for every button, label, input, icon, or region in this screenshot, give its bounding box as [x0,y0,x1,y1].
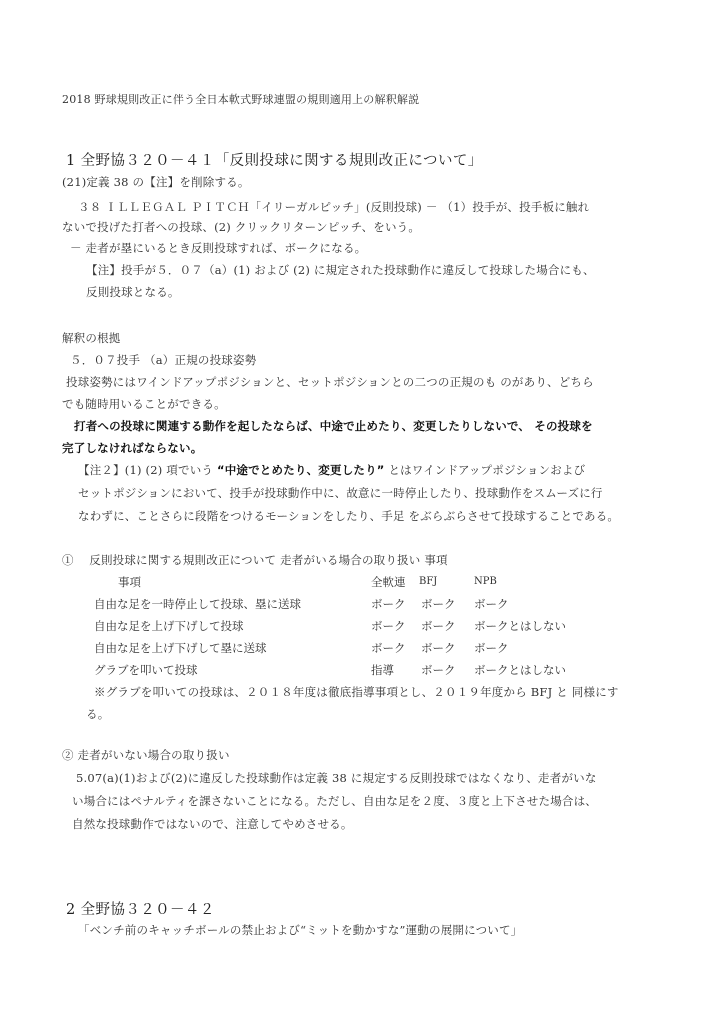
table-row-3-item: 自由な足を上げ下げして塁に送球 [94,640,267,656]
table-row-1-item: 自由な足を一時停止して投球、塁に送球 [94,596,301,612]
definition-38-line-1: ３８ ＩＬＬＥＧＡＬ ＰＩＴＣＨ「イリーガルピッチ」(反則投球) － （1）投手… [78,199,589,215]
item-1-footnote-line-1: ※グラブを叩いての投球は、２０１８年度は徹底指導事項とし、２０１９年度から BF… [94,684,619,700]
note2-prefix: 【注２】(1) (2) 項でいう [78,463,213,477]
item-2-paragraph-line-3: 自然な投球動作ではないので、注意してやめさせる。 [72,816,353,832]
section-1-line: (21)定義 38 の【注】を削除する。 [62,174,250,190]
table-row-4-bfj: ボーク [421,662,456,678]
note-line-2: 反則投球となる。 [86,284,180,300]
table-row-4-item: グラブを叩いて投球 [94,662,198,678]
section-2-heading: 2 全野協３２０－４２ [66,900,215,920]
table-row-4-jsbb: 指導 [371,662,394,678]
item-1-heading: ① 反則投球に関する規則改正について 走者がいる場合の取り扱い 事項 [62,552,448,568]
table-row-1-npb: ボーク [474,596,509,612]
basis-heading: 解釈の根拠 [62,330,121,346]
definition-38-line-3: － 走者が塁にいるとき反則投球すれば、ボークになる。 [70,240,366,256]
table-row-3-bfj: ボーク [421,640,456,656]
section-2-subtitle: 「ベンチ前のキャッチボールの禁止および“ミットを動かすな”運動の展開について」 [78,922,522,938]
table-header-item: 事項 [118,574,141,590]
item-1-footnote-line-2: る。 [86,706,109,722]
note2-suffix: とはワインドアップポジションおよび [388,463,585,477]
basis-bold-line-2: 完了しなければならない。 [62,440,202,456]
table-header-jsbb: 全軟連 [371,574,406,590]
section-1-heading: 1 全野協３２０－４１「反則投球に関する規則改正について」 [66,151,483,171]
table-row-3-npb: ボーク [474,640,509,656]
note2-quote: “中途でとめたり、変更したり” [217,463,385,477]
basis-paragraph-line-2: でも随時用いることができる。 [62,396,226,412]
note2-line-3: なわずに、ことさらに段階をつけるモーションをしたり、手足 をぶらぶらさせて投球す… [78,508,619,524]
note2-line-1: 【注２】(1) (2) 項でいう “中途でとめたり、変更したり” とはワインドア… [78,462,585,478]
item-2-paragraph-line-1: 5.07(a)(1)および(2)に違反した投球動作は定義 38 に規定する反則投… [76,770,597,786]
table-header-bfj: BFJ [419,574,437,590]
table-row-3-jsbb: ボーク [371,640,406,656]
item-2-heading: ② 走者がいない場合の取り扱い [62,747,230,763]
table-row-2-jsbb: ボーク [371,618,406,634]
table-row-2-bfj: ボーク [421,618,456,634]
basis-paragraph-line-1: 投球姿勢にはワインドアップポジションと、セットポジションとの二つの正規のも のが… [66,374,594,390]
table-row-2-npb: ボークとはしない [474,618,566,634]
basis-rule: ５．０７投手 （a）正規の投球姿勢 [70,352,256,368]
basis-bold-line-1: 打者への投球に関連する動作を起したならば、中途で止めたり、変更したりしないで、 … [74,418,593,434]
table-row-2-item: 自由な足を上げ下げして投球 [94,618,244,634]
definition-38-line-2: ないで投げた打者への投球、(2) クリックリターンピッチ、をいう。 [62,219,420,235]
document-title: 2018 野球規則改正に伴う全日本軟式野球連盟の規則適用上の解釈解説 [62,92,419,108]
table-header-npb: NPB [474,574,497,590]
table-row-1-jsbb: ボーク [371,596,406,612]
note-line-1: 【注】投手が５．０７（a）(1) および (2) に規定された投球動作に違反して… [86,262,595,278]
item-2-paragraph-line-2: い場合にはペナルティを課さないことになる。ただし、自由な足を２度、３度と上下させ… [72,793,597,809]
table-row-4-npb: ボークとはしない [474,662,566,678]
note2-line-2: セットポジションにおいて、投手が投球動作中に、故意に一時停止したり、投球動作をス… [78,485,603,501]
table-row-1-bfj: ボーク [421,596,456,612]
